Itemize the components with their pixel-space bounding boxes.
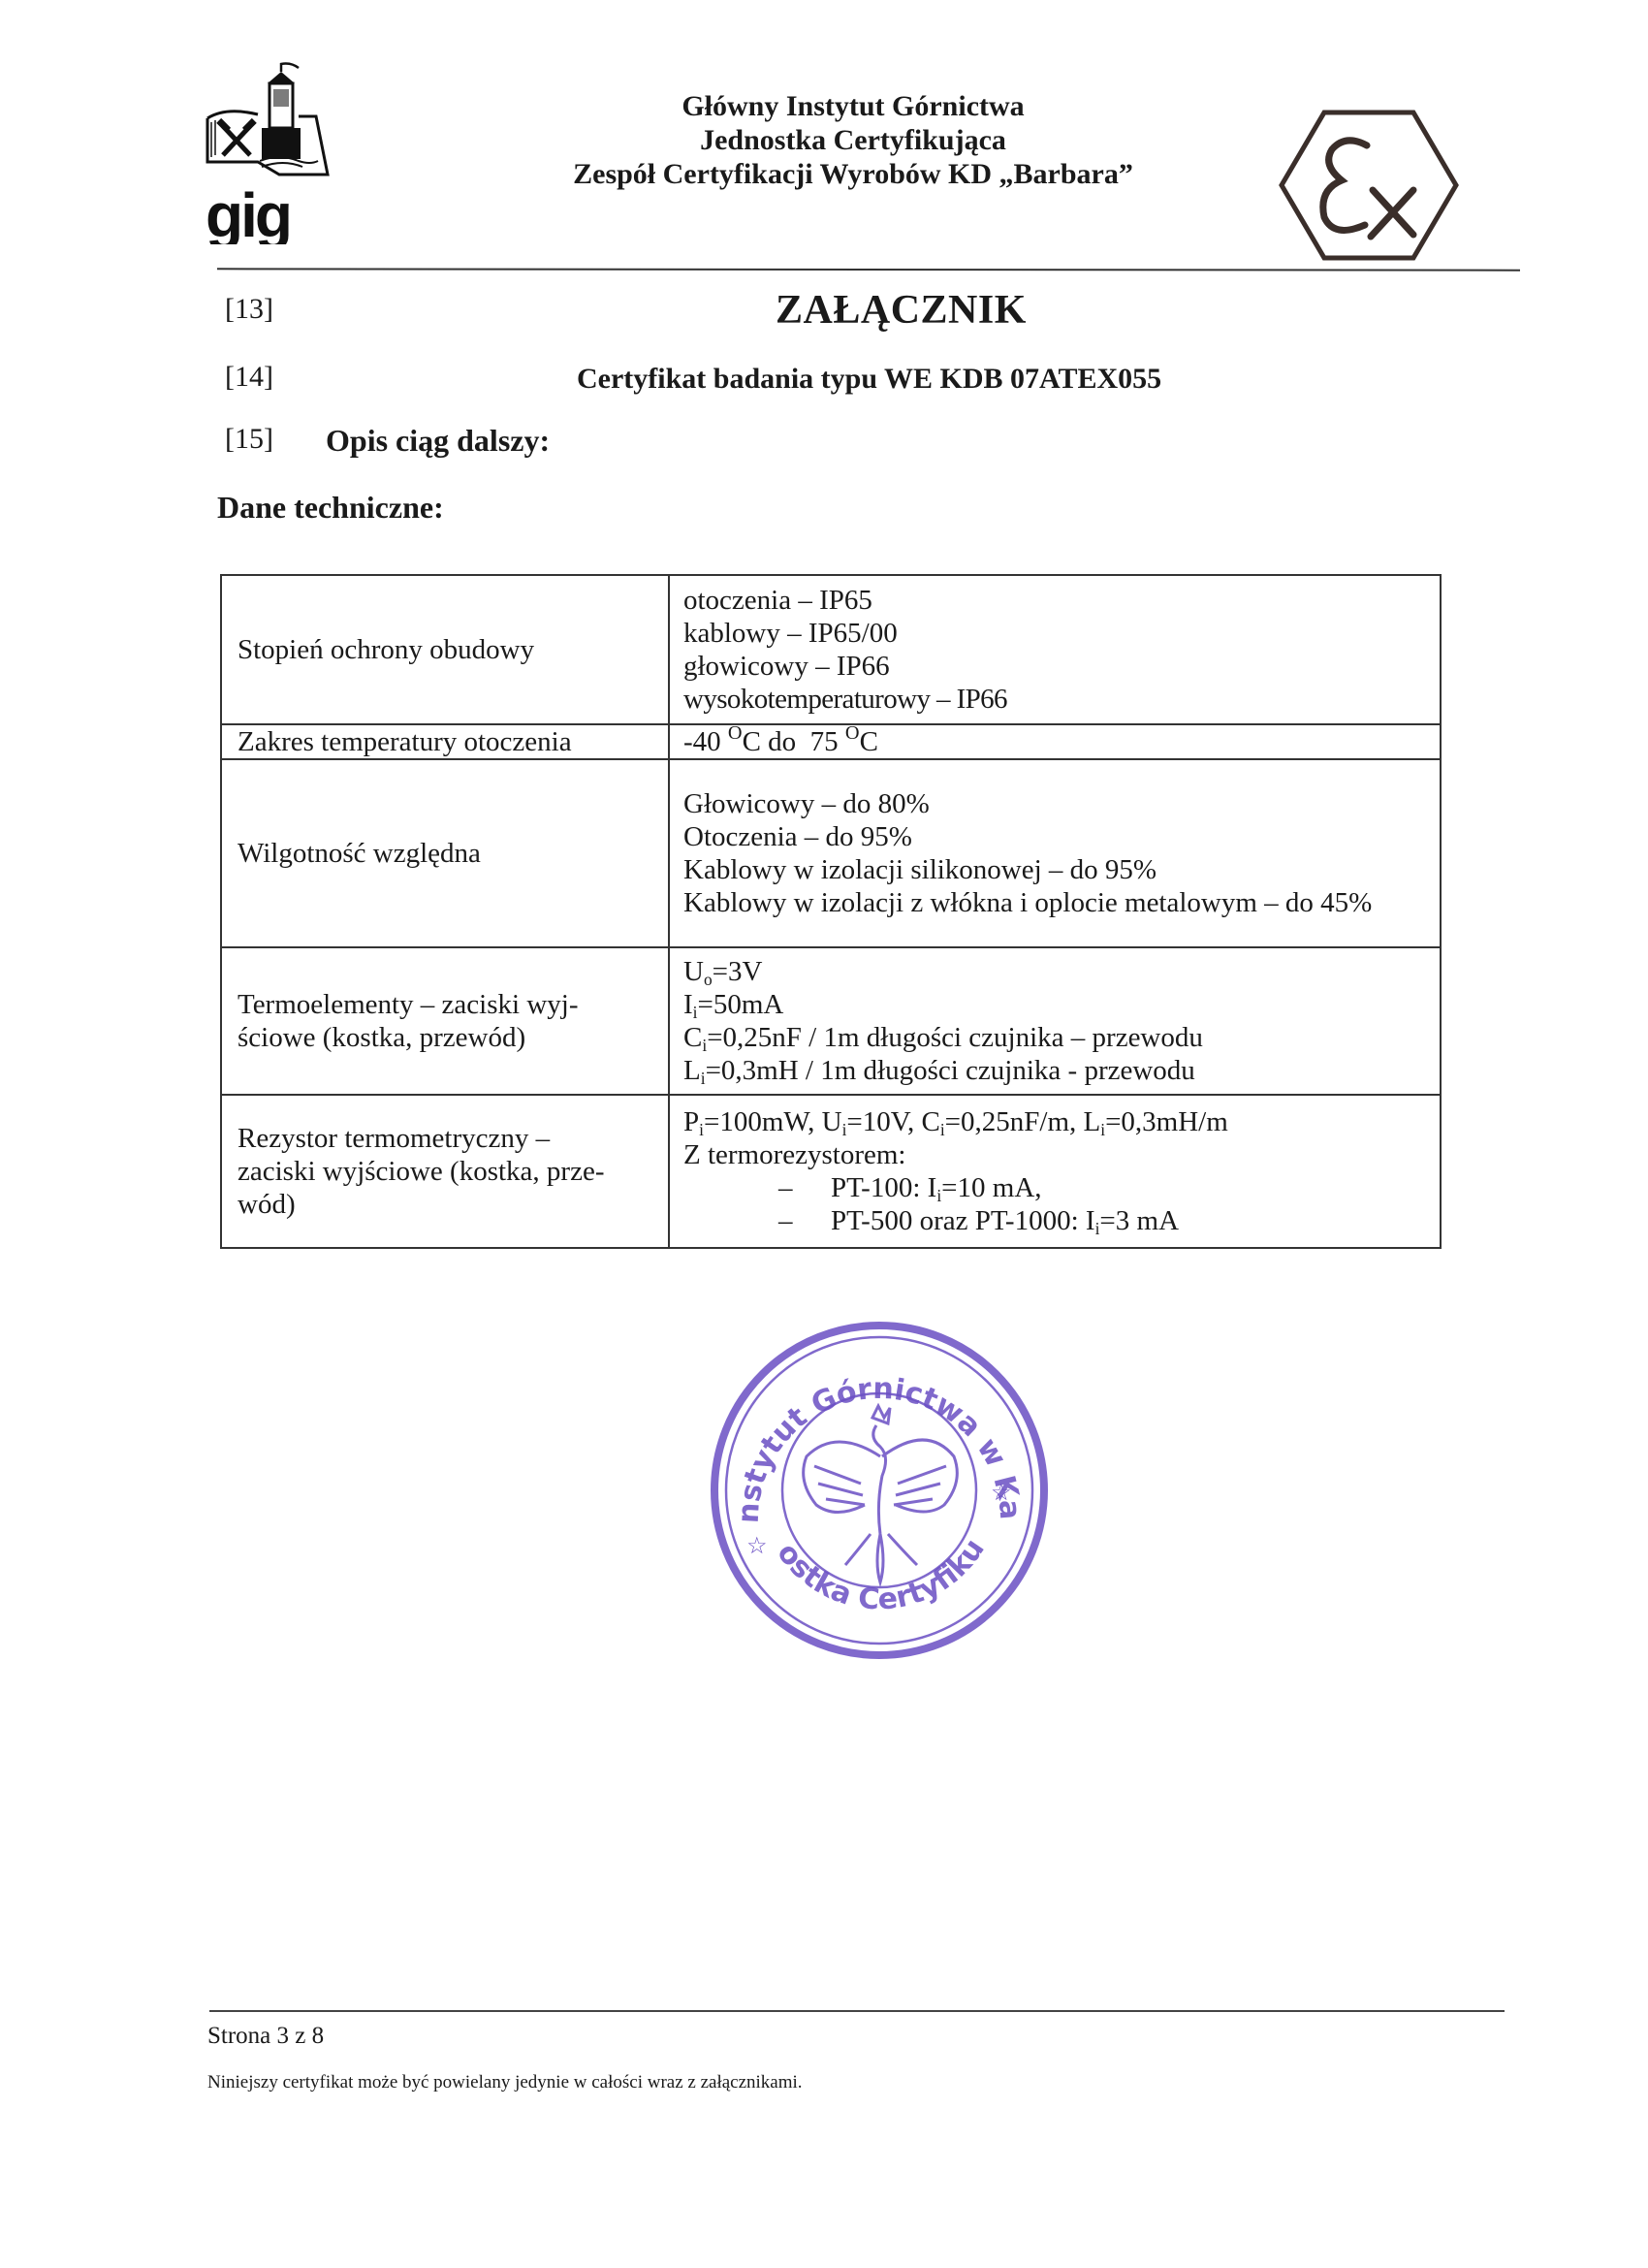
header-divider [217, 268, 1520, 271]
value-line: otoczenia – IP65 [683, 584, 1426, 617]
value-cell: otoczenia – IP65 kablowy – IP65/00 głowi… [669, 575, 1441, 724]
value-cell: Głowicowy – do 80% Otoczenia – do 95% Ka… [669, 759, 1441, 947]
value-line: Otoczenia – do 95% [683, 820, 1426, 853]
value-line: Kablowy w izolacji silikonowej – do 95% [683, 853, 1426, 886]
field-number-13: [13] [225, 293, 273, 326]
list-item: –PT-500 oraz PT-1000: Ii=3 mA [683, 1204, 1426, 1237]
gig-logo-icon: gig [202, 60, 337, 244]
value-cell: -40 OC do 75 OC [669, 724, 1441, 759]
gig-logo: gig [202, 60, 337, 244]
value-cell: Uo=3V Ii=50mA Ci=0,25nF / 1m długości cz… [669, 947, 1441, 1095]
value-cell: Pi=100mW, Ui=10V, Ci=0,25nF/m, Li=0,3mH/… [669, 1095, 1441, 1248]
table-row: Rezystor termometryczny – zaciski wyjści… [221, 1095, 1441, 1248]
list-item: –PT-100: Ii=10 mA, [683, 1171, 1426, 1204]
param-cell: Stopień ochrony obudowy [221, 575, 669, 724]
table-row: Stopień ochrony obudowy otoczenia – IP65… [221, 575, 1441, 724]
svg-text:☆: ☆ [991, 1481, 1012, 1506]
value-line: Li=0,3mH / 1m długości czujnika - przewo… [683, 1054, 1426, 1087]
org-unit: Jednostka Certyfikująca [485, 123, 1221, 157]
svg-text:☆: ☆ [746, 1534, 768, 1559]
svg-text:gig: gig [206, 180, 290, 244]
param-cell: Wilgotność względna [221, 759, 669, 947]
value-line: Ii=50mA [683, 988, 1426, 1021]
value-line: Uo=3V [683, 955, 1426, 988]
temperature-range: -40 OC do 75 OC [683, 725, 1426, 758]
table-row: Wilgotność względna Głowicowy – do 80% O… [221, 759, 1441, 947]
footer-divider [209, 2010, 1505, 2012]
org-team: Zespół Certyfikacji Wyrobów KD „Barbara” [485, 157, 1221, 191]
value-line: Ci=0,25nF / 1m długości czujnika – przew… [683, 1021, 1426, 1054]
ex-mark [1278, 109, 1460, 262]
value-line: Głowicowy – do 80% [683, 787, 1426, 820]
field-number-15: [15] [225, 423, 273, 456]
document-title: ZAŁĄCZNIK [776, 287, 1027, 334]
param-cell: Termoelementy – zaciski wyj- ściowe (kos… [221, 947, 669, 1095]
value-line: Z termorezystorem: [683, 1138, 1426, 1171]
organization-header: Główny Instytut Górnictwa Jednostka Cert… [485, 89, 1221, 191]
ex-hexagon-icon [1278, 109, 1460, 262]
official-stamp: Główny Instytut Górnictwa w Katowicach J… [690, 1311, 1068, 1670]
technical-data-heading: Dane techniczne: [217, 490, 444, 526]
param-cell: Zakres temperatury otoczenia [221, 724, 669, 759]
param-cell: Rezystor termometryczny – zaciski wyjści… [221, 1095, 669, 1248]
value-line: kablowy – IP65/00 [683, 617, 1426, 650]
technical-data-table: Stopień ochrony obudowy otoczenia – IP65… [220, 574, 1442, 1249]
footer-note: Niniejszy certyfikat może być powielany … [207, 2072, 803, 2093]
description-continued-heading: Opis ciąg dalszy: [326, 423, 550, 459]
org-name: Główny Instytut Górnictwa [485, 89, 1221, 123]
table-row: Zakres temperatury otoczenia -40 OC do 7… [221, 724, 1441, 759]
field-number-14: [14] [225, 361, 273, 394]
page-number: Strona 3 z 8 [207, 2023, 324, 2050]
value-line: Pi=100mW, Ui=10V, Ci=0,25nF/m, Li=0,3mH/… [683, 1105, 1426, 1138]
value-line: wysokotemperaturowy – IP66 [683, 683, 1426, 716]
value-line: Kablowy w izolacji z włókna i oplocie me… [683, 886, 1426, 919]
value-line: głowicowy – IP66 [683, 650, 1426, 683]
table-row: Termoelementy – zaciski wyj- ściowe (kos… [221, 947, 1441, 1095]
eagle-stamp-icon: Główny Instytut Górnictwa w Katowicach J… [690, 1311, 1068, 1670]
certificate-number: Certyfikat badania typu WE KDB 07ATEX055 [577, 363, 1161, 396]
